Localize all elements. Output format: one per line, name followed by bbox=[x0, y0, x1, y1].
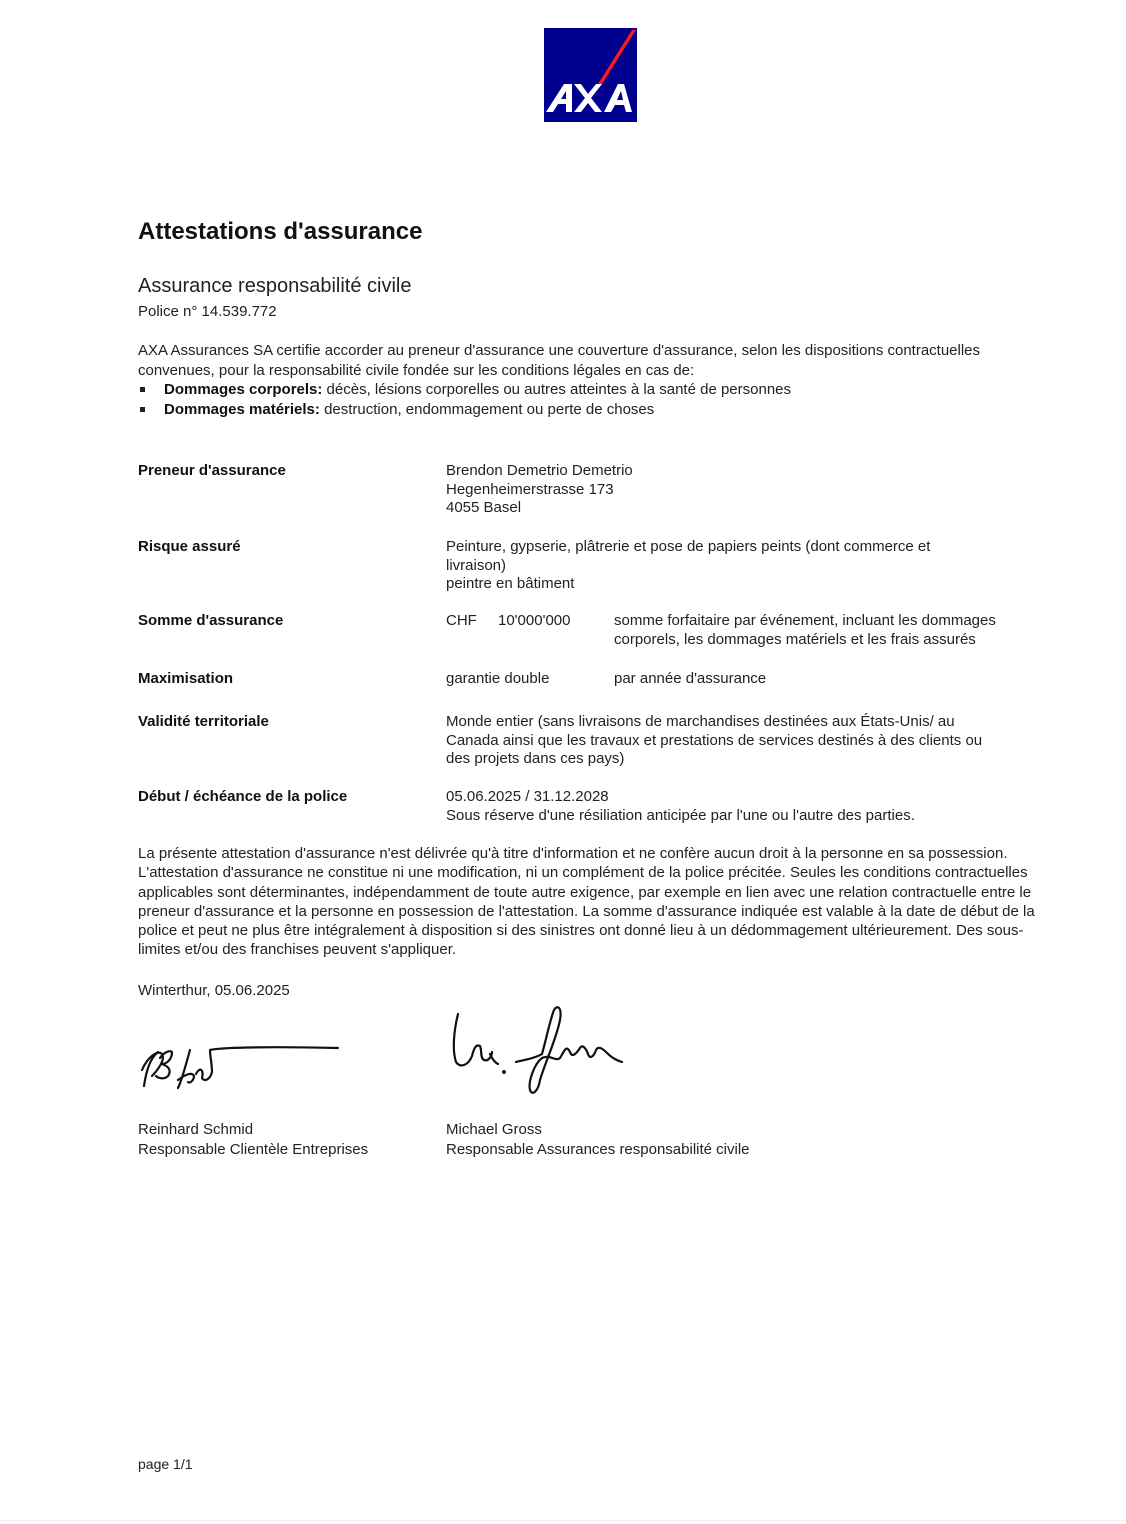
sum-insured-description-line: somme forfaitaire par événement, incluan… bbox=[614, 612, 1044, 631]
maximisation-label: Maximisation bbox=[138, 670, 233, 689]
territorial-validity-label: Validité territoriale bbox=[138, 713, 269, 732]
bullet-icon bbox=[140, 387, 145, 392]
page-number: page 1/1 bbox=[138, 1456, 193, 1472]
signatory-2-role: Responsable Assurances responsabilité ci… bbox=[446, 1140, 750, 1160]
disclaimer-text: La présente attestation d'assurance n'es… bbox=[138, 844, 1038, 960]
signatory-2: Michael Gross Responsable Assurances res… bbox=[446, 1120, 750, 1160]
axa-logo bbox=[544, 28, 637, 122]
policy-period-note: Sous réserve d'une résiliation anticipée… bbox=[446, 807, 1036, 826]
sum-insured-amount: 10'000'000 bbox=[498, 612, 570, 631]
signatory-1-name: Reinhard Schmid bbox=[138, 1120, 368, 1140]
sum-insured-description-line: corporels, les dommages matériels et les… bbox=[614, 631, 1044, 650]
territorial-validity-value: Monde entier (sans livraisons de marchan… bbox=[446, 713, 1036, 769]
document-subtitle: Assurance responsabilité civile bbox=[138, 275, 411, 298]
signatory-1: Reinhard Schmid Responsable Clientèle En… bbox=[138, 1120, 368, 1160]
coverage-text: destruction, endommagement ou perte de c… bbox=[320, 401, 654, 418]
place-date: Winterthur, 05.06.2025 bbox=[138, 982, 290, 999]
signature-reinhard-schmid-icon bbox=[138, 1030, 348, 1100]
insured-risk-line: Peinture, gypserie, plâtrerie et pose de… bbox=[446, 538, 1036, 557]
coverage-item-property-damage: Dommages matériels: destruction, endomma… bbox=[138, 400, 1028, 420]
policyholder-street: Hegenheimerstrasse 173 bbox=[446, 481, 1036, 500]
intro-text: AXA Assurances SA certifie accorder au p… bbox=[138, 341, 1028, 380]
policyholder-label: Preneur d'assurance bbox=[138, 462, 286, 481]
coverage-term: Dommages corporels: bbox=[164, 381, 322, 398]
coverage-item-bodily-injury: Dommages corporels: décès, lésions corpo… bbox=[138, 380, 1028, 400]
maximisation-description: par année d'assurance bbox=[614, 670, 1044, 689]
territorial-validity-line: des projets dans ces pays) bbox=[446, 750, 1036, 769]
coverage-text: décès, lésions corporelles ou autres att… bbox=[322, 381, 791, 398]
insured-risk-line: livraison) bbox=[446, 557, 1036, 576]
insured-risk-line: peintre en bâtiment bbox=[446, 575, 1036, 594]
document-title: Attestations d'assurance bbox=[138, 218, 422, 246]
sum-insured-currency: CHF bbox=[446, 612, 477, 631]
policyholder-city: 4055 Basel bbox=[446, 499, 1036, 518]
policyholder-value: Brendon Demetrio Demetrio Hegenheimerstr… bbox=[446, 462, 1036, 518]
policyholder-name: Brendon Demetrio Demetrio bbox=[446, 462, 1036, 481]
sum-insured-description: somme forfaitaire par événement, incluan… bbox=[614, 612, 1044, 649]
signatory-2-name: Michael Gross bbox=[446, 1120, 750, 1140]
bullet-icon bbox=[140, 407, 145, 412]
signatory-1-role: Responsable Clientèle Entreprises bbox=[138, 1140, 368, 1160]
intro-section: AXA Assurances SA certifie accorder au p… bbox=[138, 341, 1028, 419]
signature-michael-gross-icon bbox=[446, 1000, 666, 1100]
maximisation-value: garantie double bbox=[446, 670, 549, 689]
page-edge-divider bbox=[0, 1520, 1126, 1521]
sum-insured-label: Somme d'assurance bbox=[138, 612, 283, 631]
policy-period-value: 05.06.2025 / 31.12.2028 Sous réserve d'u… bbox=[446, 788, 1036, 825]
coverage-term: Dommages matériels: bbox=[164, 401, 320, 418]
policy-period-dates: 05.06.2025 / 31.12.2028 bbox=[446, 788, 1036, 807]
coverage-list: Dommages corporels: décès, lésions corpo… bbox=[138, 380, 1028, 419]
territorial-validity-line: Monde entier (sans livraisons de marchan… bbox=[446, 713, 1036, 732]
insured-risk-label: Risque assuré bbox=[138, 538, 241, 557]
policy-number: Police n° 14.539.772 bbox=[138, 303, 277, 320]
policy-period-label: Début / échéance de la police bbox=[138, 788, 347, 807]
territorial-validity-line: Canada ainsi que les travaux et prestati… bbox=[446, 732, 1036, 751]
insured-risk-value: Peinture, gypserie, plâtrerie et pose de… bbox=[446, 538, 1036, 594]
axa-logo-icon bbox=[544, 28, 637, 122]
